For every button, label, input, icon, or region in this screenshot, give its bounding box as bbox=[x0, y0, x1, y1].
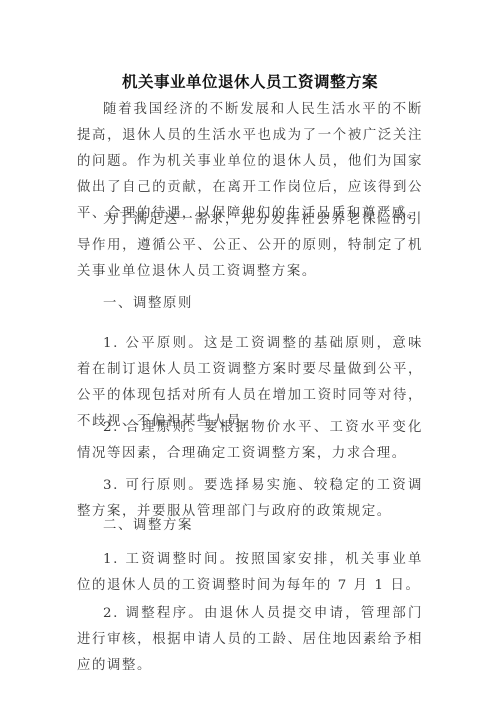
plan-adjustment-time: 1. 工资调整时间。按照国家安排，机关事业单位的退休人员的工资调整时间为每年的 … bbox=[77, 547, 423, 599]
principle-reasonableness: 2. 合理原则。要根据物价水平、工资水平变化情况等因素，合理确定工资调整方案，力… bbox=[77, 415, 423, 467]
section-heading-principles: 一、调整原则 bbox=[77, 291, 423, 317]
intro-paragraph-2: 为了满足这一需求，充分发挥社会养老保险的引导作用，遵循公平、公正、公开的原则，特… bbox=[77, 207, 423, 285]
plan-adjustment-procedure: 2. 调整程序。由退休人员提交申请，管理部门进行审核，根据申请人员的工龄、居住地… bbox=[77, 601, 423, 679]
document-title: 机关事业单位退休人员工资调整方案 bbox=[77, 70, 423, 92]
section-heading-plan: 二、调整方案 bbox=[77, 513, 423, 539]
